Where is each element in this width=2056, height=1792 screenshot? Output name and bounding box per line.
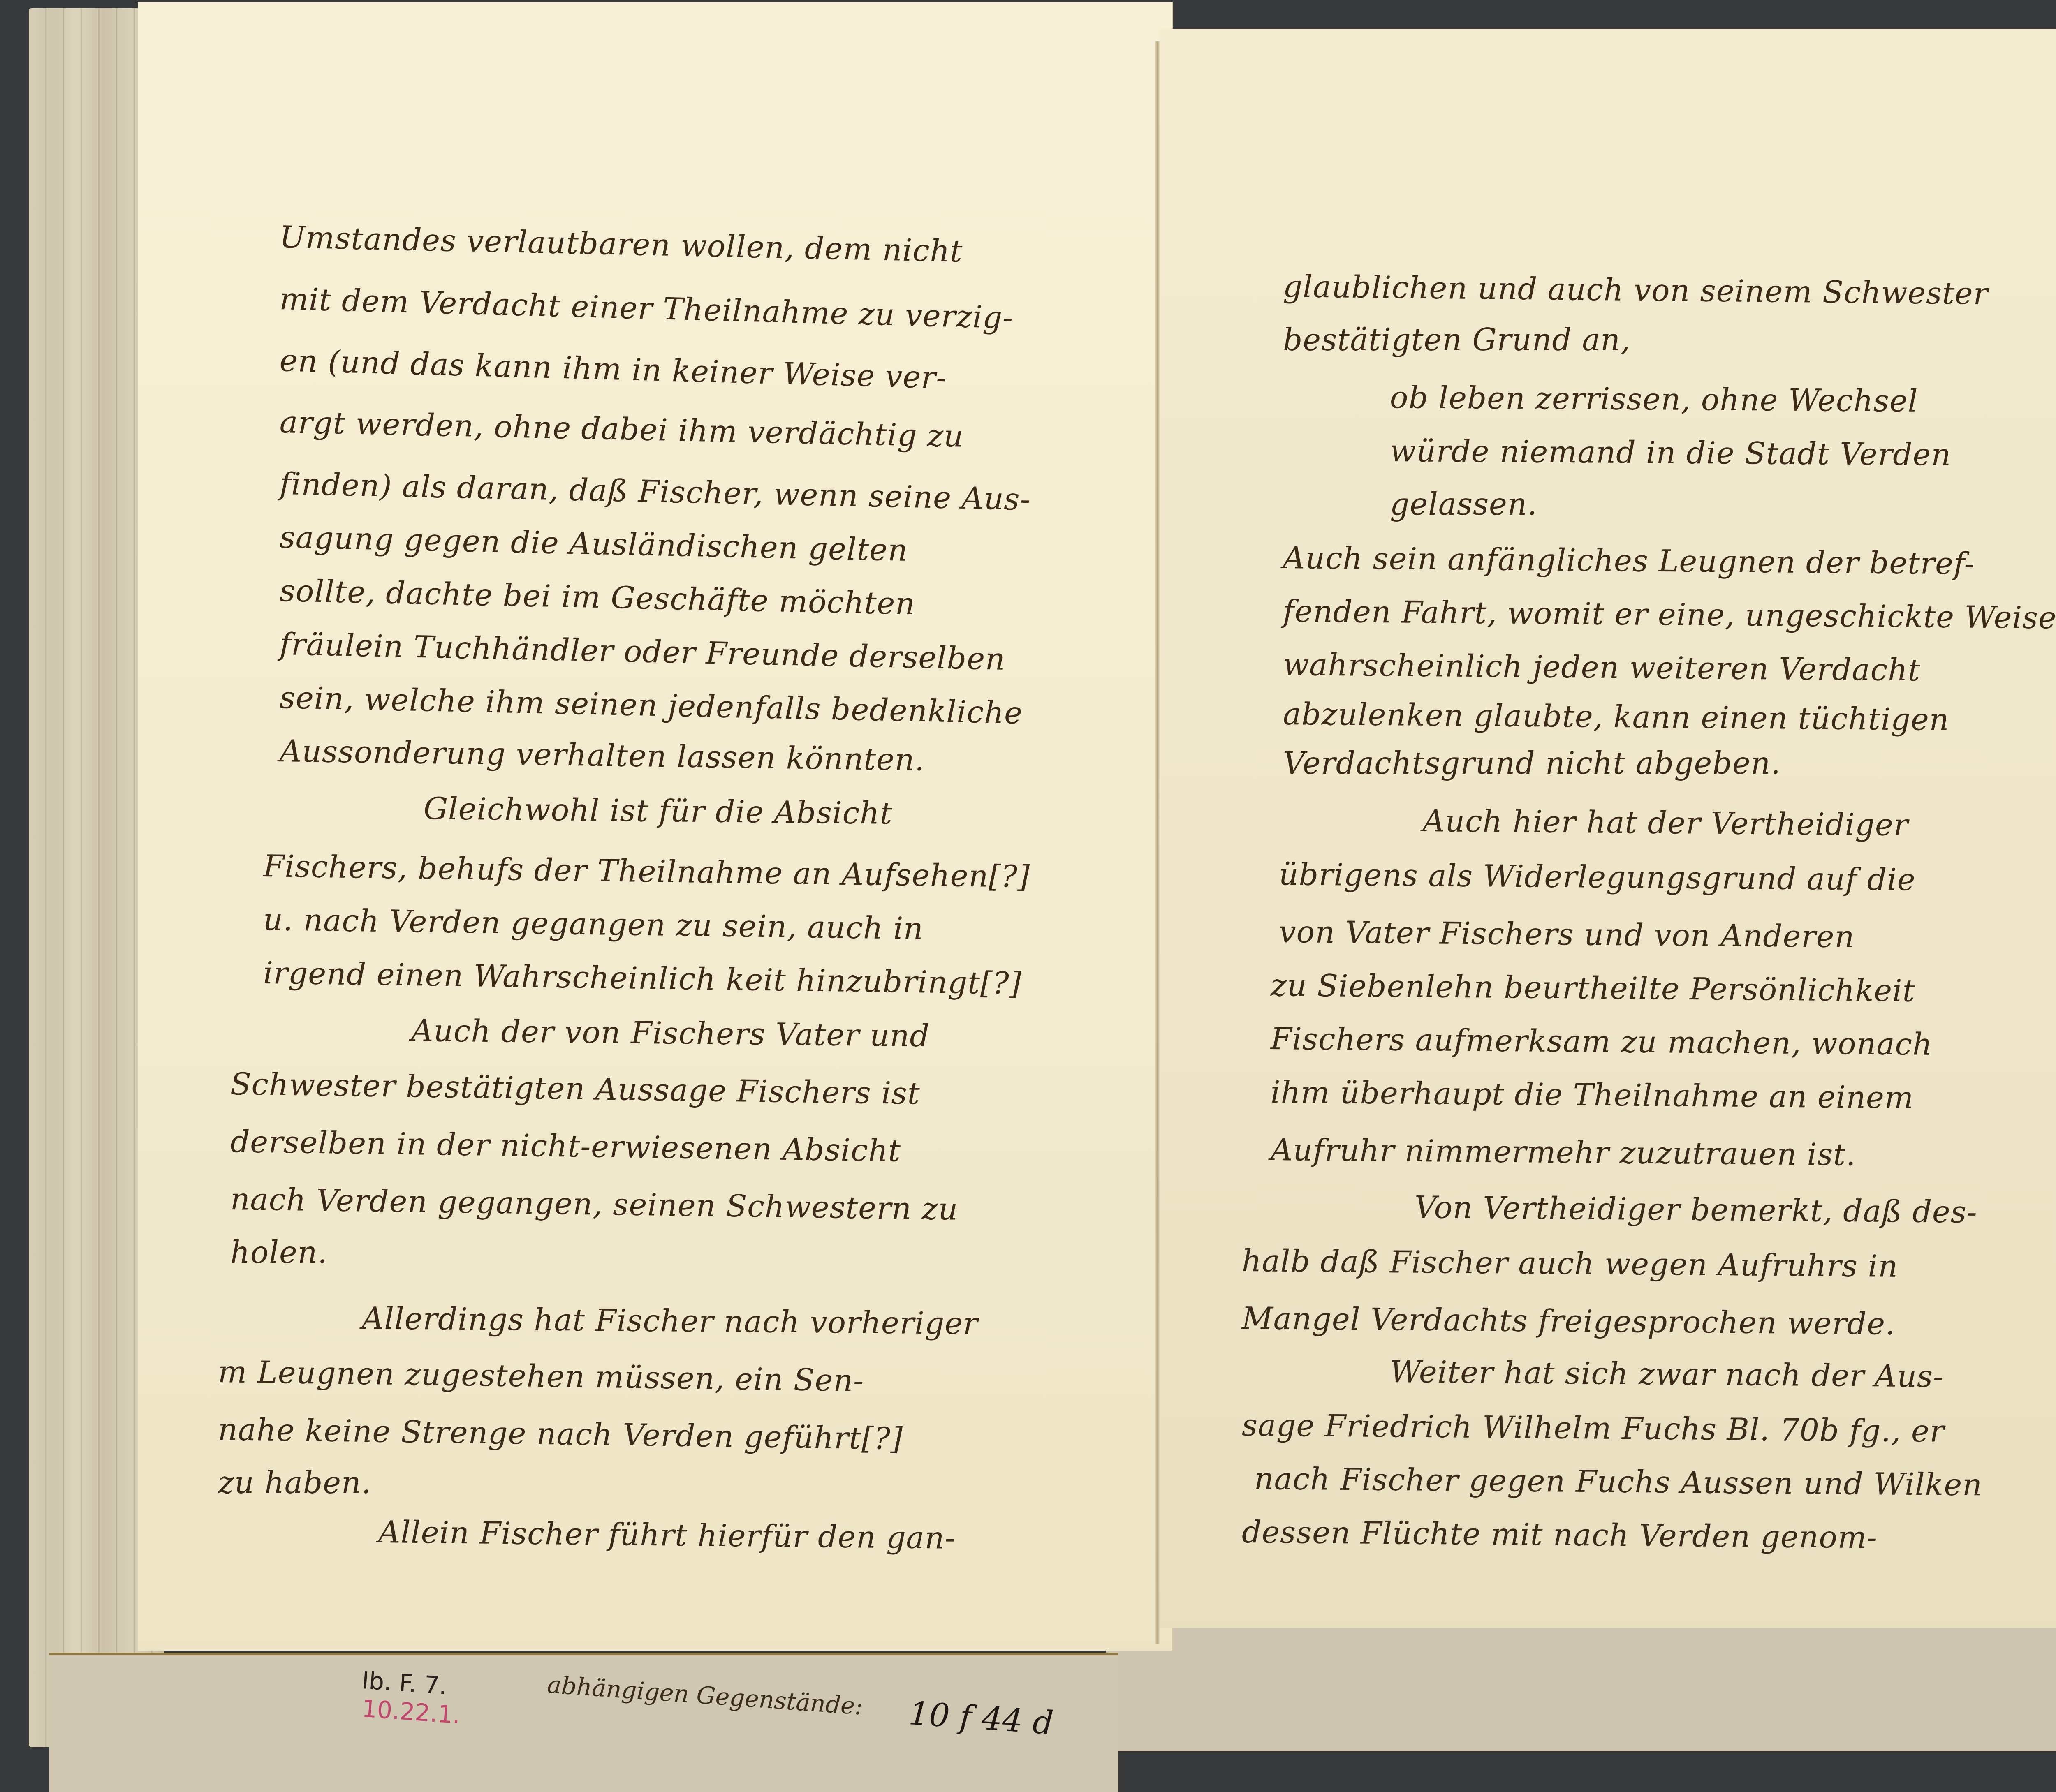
text-line: Weiter hat sich zwar nach der Aus-	[1390, 1357, 1944, 1392]
text-line: ihm überhaupt die Theilnahme an einem	[1271, 1077, 1914, 1113]
text-line: Fischers aufmerksam zu machen, wonach	[1271, 1024, 1933, 1060]
text-line: derselben in der nicht-erwiesenen Absich…	[230, 1126, 901, 1166]
text-line: zu Siebenlehn beurtheilte Persönlichkeit	[1271, 970, 1915, 1006]
text-line: Aufruhr nimmermehr zuzutrauen ist.	[1271, 1135, 1856, 1170]
text-line: wahrscheinlich jeden weiteren Verdacht	[1283, 650, 1921, 686]
text-line: nach Fischer gegen Fuchs Aussen und Wilk…	[1254, 1464, 1983, 1500]
text-line: m Leugnen zugestehen müssen, ein Sen-	[218, 1357, 864, 1396]
text-line: bestätigten Grund an,	[1283, 325, 1630, 355]
text-line: gelassen.	[1390, 489, 1537, 520]
text-line: halb daß Fischer auch wegen Aufruhrs in	[1242, 1246, 1898, 1282]
text-line: Verdachtsgrund nicht abgeben.	[1283, 748, 1781, 779]
book-gutter	[1155, 41, 1160, 1644]
text-line: Von Vertheidiger bemerkt, daß des-	[1415, 1192, 1977, 1228]
text-line: fenden Fahrt, womit er eine, ungeschickt…	[1283, 596, 2056, 634]
text-line: Auch der von Fischers Vater und	[411, 1015, 930, 1051]
text-line: zu haben.	[218, 1468, 371, 1498]
text-line: Mangel Verdachts freigesprochen werde.	[1242, 1303, 1896, 1339]
text-line: u. nach Verden gegangen zu sein, auch in	[263, 904, 924, 944]
text-line: Aussonderung verhalten lassen könnten.	[279, 736, 925, 775]
text-line: übrigens als Widerlegungsgrund auf die	[1279, 859, 1916, 895]
text-line: Allerdings hat Fischer nach vorheriger	[362, 1303, 978, 1339]
text-line: dessen Flüchte mit nach Verden genom-	[1242, 1517, 1878, 1553]
text-line: Schwester bestätigten Aussage Fischers i…	[230, 1069, 920, 1109]
text-line: abzulenken glaubte, kann einen tüchtigen	[1283, 699, 1949, 735]
text-line: Gleichwohl ist für die Absicht	[424, 793, 893, 829]
text-line: nahe keine Strenge nach Verden geführt[?…	[218, 1414, 903, 1454]
text-line: glaublichen und auch von seinem Schweste…	[1283, 271, 1989, 309]
text-line: ob leben zerrissen, ohne Wechsel	[1390, 382, 1918, 416]
page-stack-bottom-right	[1106, 1628, 2056, 1751]
text-line: von Vater Fischers und von Anderen	[1279, 917, 1855, 952]
text-line: sage Friedrich Wilhelm Fuchs Bl. 70b fg.…	[1242, 1410, 1945, 1447]
text-line: würde niemand in die Stadt Verden	[1390, 436, 1952, 470]
text-line: Auch sein anfängliches Leugnen der betre…	[1283, 543, 1975, 579]
text-line: holen.	[230, 1237, 328, 1268]
text-line: Auch hier hat der Vertheidiger	[1423, 806, 1909, 840]
text-line: Allein Fischer führt hierfür den gan-	[378, 1517, 956, 1554]
